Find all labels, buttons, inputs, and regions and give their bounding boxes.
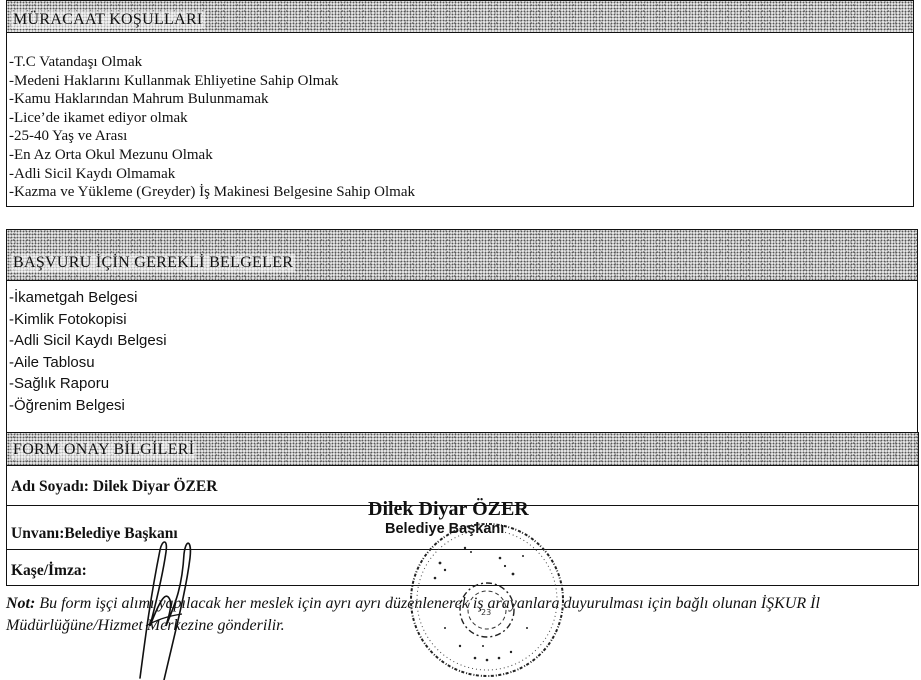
footer-note: Not: Bu form işçi alımı yapılacak her me… <box>6 593 911 637</box>
list-item: -Kimlik Fotokopisi <box>9 309 167 331</box>
approval-title: FORM ONAY BİLGİLERİ <box>11 441 196 459</box>
list-item: -Sağlık Raporu <box>9 373 167 395</box>
name-field-label: Adı Soyadı: Dilek Diyar ÖZER <box>11 478 217 496</box>
requirements-title: MÜRACAAT KOŞULLARI <box>11 11 205 29</box>
list-item: -Lice’de ikamet ediyor olmak <box>9 109 415 128</box>
title-field-label: Unvanı:Belediye Başkanı <box>11 525 178 543</box>
approval-row-signature: Kaşe/İmza: <box>6 550 919 586</box>
documents-header: BAŞVURU İÇİN GEREKLİ BELGELER <box>6 229 918 281</box>
list-item: -En Az Orta Okul Mezunu Olmak <box>9 146 415 165</box>
signature-field-label: Kaşe/İmza: <box>11 562 87 580</box>
stamp-title: Belediye Başkanı <box>385 521 504 537</box>
list-item: -Medeni Haklarını Kullanmak Ehliyetine S… <box>9 72 415 91</box>
requirements-list: -T.C Vatandaşı Olmak -Medeni Haklarını K… <box>9 53 415 202</box>
list-item: -Adli Sicil Kaydı Olmamak <box>9 165 415 184</box>
note-lead: Not: <box>6 595 35 612</box>
approval-header: FORM ONAY BİLGİLERİ <box>6 432 919 466</box>
stamp-name: Dilek Diyar ÖZER <box>368 498 529 521</box>
documents-list: -İkametgah Belgesi -Kimlik Fotokopisi -A… <box>9 287 167 417</box>
requirements-body: -T.C Vatandaşı Olmak -Medeni Haklarını K… <box>6 33 914 207</box>
list-item: -İkametgah Belgesi <box>9 287 167 309</box>
requirements-header: MÜRACAAT KOŞULLARI <box>6 0 914 33</box>
documents-title: BAŞVURU İÇİN GEREKLİ BELGELER <box>11 254 295 272</box>
list-item: -T.C Vatandaşı Olmak <box>9 53 415 72</box>
documents-body: -İkametgah Belgesi -Kimlik Fotokopisi -A… <box>6 281 918 433</box>
list-item: -Öğrenim Belgesi <box>9 395 167 417</box>
list-item: -Aile Tablosu <box>9 352 167 374</box>
list-item: -Adli Sicil Kaydı Belgesi <box>9 330 167 352</box>
note-text: Bu form işçi alımı yapılacak her meslek … <box>6 595 820 634</box>
list-item: -Kazma ve Yükleme (Greyder) İş Makinesi … <box>9 183 415 202</box>
list-item: -Kamu Haklarından Mahrum Bulunmamak <box>9 90 415 109</box>
list-item: -25-40 Yaş ve Arası <box>9 127 415 146</box>
